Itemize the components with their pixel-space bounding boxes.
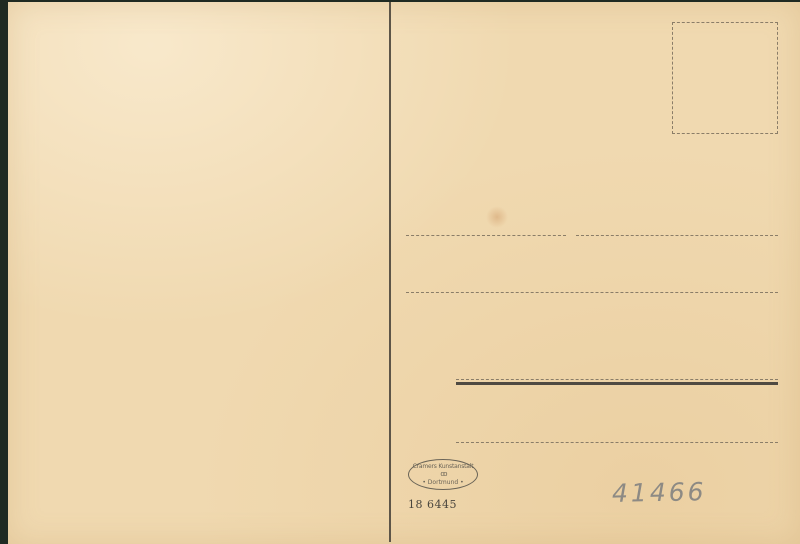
- postcard-back: Cramers Kunstanstalt ꝏ • Dortmund • 18 6…: [8, 2, 800, 544]
- address-line-1a: [406, 235, 566, 236]
- publisher-name: Cramers Kunstanstalt: [409, 463, 477, 470]
- address-line-3-solid: [456, 382, 778, 385]
- address-line-3-dashed: [456, 379, 778, 380]
- publisher-stamp: Cramers Kunstanstalt ꝏ • Dortmund •: [408, 459, 478, 490]
- stamp-placement-box: [672, 22, 778, 134]
- address-line-1b: [576, 235, 778, 236]
- print-number: 18 6445: [408, 498, 457, 511]
- publisher-logo-icon: ꝏ: [439, 470, 449, 478]
- paper-stain: [486, 206, 508, 228]
- center-divider-line: [389, 2, 391, 542]
- address-line-2: [406, 292, 778, 293]
- publisher-city: • Dortmund •: [409, 479, 477, 486]
- address-line-4: [456, 442, 778, 443]
- pencil-inventory-number: 41466: [612, 477, 707, 508]
